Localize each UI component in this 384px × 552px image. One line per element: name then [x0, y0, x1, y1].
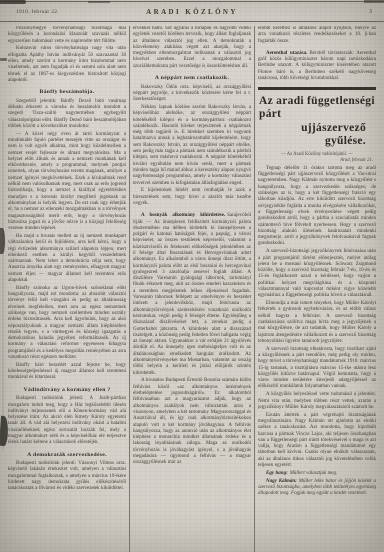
article-paragraph: A bosnyák alkotmány kihirdetése.Sarajevó… [133, 213, 251, 377]
article-paragraph: Bánffy báró beszédét azzal fejezte be, h… [8, 363, 126, 382]
column-divider-rule [129, 26, 130, 552]
article-paragraph: Ha majd a hivatás mellett az új nemzeti … [8, 234, 126, 284]
article-paragraph: Budapesti tudósítónk jelenti: Vázsonyi V… [8, 461, 126, 492]
article-paragraph: Elmondja a már ismert tényeket, hogy Mül… [258, 301, 376, 345]
article-paragraph: E kijelentések hitelét nem ronthatják le… [133, 188, 251, 207]
dialog-line: Egy hang:Müllert választjuk meg. [258, 471, 376, 477]
paragraph-lead: Nagy Kálmán: [266, 479, 297, 484]
dialog-line: Nagy Kálmán:Müller lelke bátor és jöjjön… [258, 479, 376, 498]
article-paragraph: Bánffy szónoka az Ugron-hívek szónoklata… [8, 286, 126, 362]
article-paragraph: A közgyűlés helyesléssel vette tudomásul… [258, 392, 376, 411]
paragraph-text: Sarajevóból írják: — Az ünnepiesen feldí… [133, 213, 251, 375]
headline-line: Az aradi függetlenségi párt [258, 95, 376, 122]
article-paragraph: Tegnap délelőtt 11 órakor tartotta meg a… [258, 166, 376, 248]
page-header: 1910. február 22. ARADI KÖZLÖNY 3 [0, 4, 384, 20]
column-divider-rule [254, 26, 255, 552]
column-2: érvekkel hatni. Sőt ugyanis a hírlapok é… [133, 26, 251, 552]
article-paragraph: Aerenthal utazása.Bécsből táviratozzák: … [258, 51, 376, 82]
newspaper-page: 1910. február 22. ARADI KÖZLÖNY 3 Pozson… [0, 0, 384, 552]
section-heading: Bánffy beszámolója. [8, 89, 126, 95]
column-3: előbbi kerethez is általános alapot nyúj… [258, 26, 376, 552]
article-paragraph: érvekkel hatni. Sőt ugyanis a hírlapok é… [133, 26, 251, 70]
section-heading: A demokraták szervezkedése. [8, 452, 126, 458]
article-paragraph: Ezután áttértek a párt végrehajtó bizott… [258, 413, 376, 470]
article-paragraph: Pozsonymegye törvényhatósági bizottsága … [8, 26, 126, 45]
article-paragraph: Néhány lapnak közlése szerint Rakovszky … [133, 105, 251, 187]
scan-artifact [0, 58, 7, 61]
article-paragraph: előbbi kerethez is általános alapot nyúj… [258, 26, 376, 45]
article-paragraph: — A közel négy éven át tartó kormányzat … [8, 132, 126, 233]
article-paragraph: A szervező-bizottsági jegyzőkönyvek felo… [258, 249, 376, 299]
section-heading: Vádindítvány a kormány ellen ? [8, 387, 126, 393]
article-subtitle: — Az Aradi Közlöny tudósítójától. — [258, 152, 376, 157]
section-heading: A néppárt nem csatlakozik. [133, 75, 251, 81]
article-paragraph: Kolozsvár város törvényhatósága nagy vit… [8, 46, 126, 84]
paragraph-text: Müllert választjuk meg. [290, 471, 337, 476]
paragraph-lead: Egy hang: [266, 471, 288, 476]
page-number: 3 [369, 9, 372, 15]
paragraph-lead: Aerenthal utazása. [266, 51, 307, 56]
article-headline: Az aradi függetlenségi pártujjászervező … [258, 95, 376, 149]
top-border-rule [0, 1, 384, 2]
scan-artifact [2, 120, 4, 450]
scan-artifact [0, 228, 5, 254]
header-divider-rule [0, 21, 384, 22]
article-paragraph: A hivatalos Budapesti Értesítő Bosznia s… [133, 378, 251, 466]
section-divider-rule [258, 87, 376, 90]
article-paragraph: Szegedről jelentik: Bánffy Dezső báró va… [8, 99, 126, 130]
article-columns: Pozsonymegye törvényhatósági bizottsága … [8, 26, 376, 552]
article-paragraph: A szervező bizottság elhatározta, hogy t… [258, 347, 376, 391]
paragraph-lead: A bosnyák alkotmány kihirdetése. [141, 213, 225, 218]
article-paragraph: Rakovszky Ödön orsz. képviselő, az orszá… [133, 85, 251, 104]
article-paragraph: Budapesti tudósítónk jelenti: A Justh-pá… [8, 396, 126, 446]
article-dateline: Arad, február 21. [258, 158, 373, 163]
column-1: Pozsonymegye törvényhatósági bizottsága … [8, 26, 126, 552]
headline-line: ujjászervező gyűlése. [258, 122, 376, 149]
masthead-title: ARADI KÖZLÖNY [0, 8, 384, 16]
